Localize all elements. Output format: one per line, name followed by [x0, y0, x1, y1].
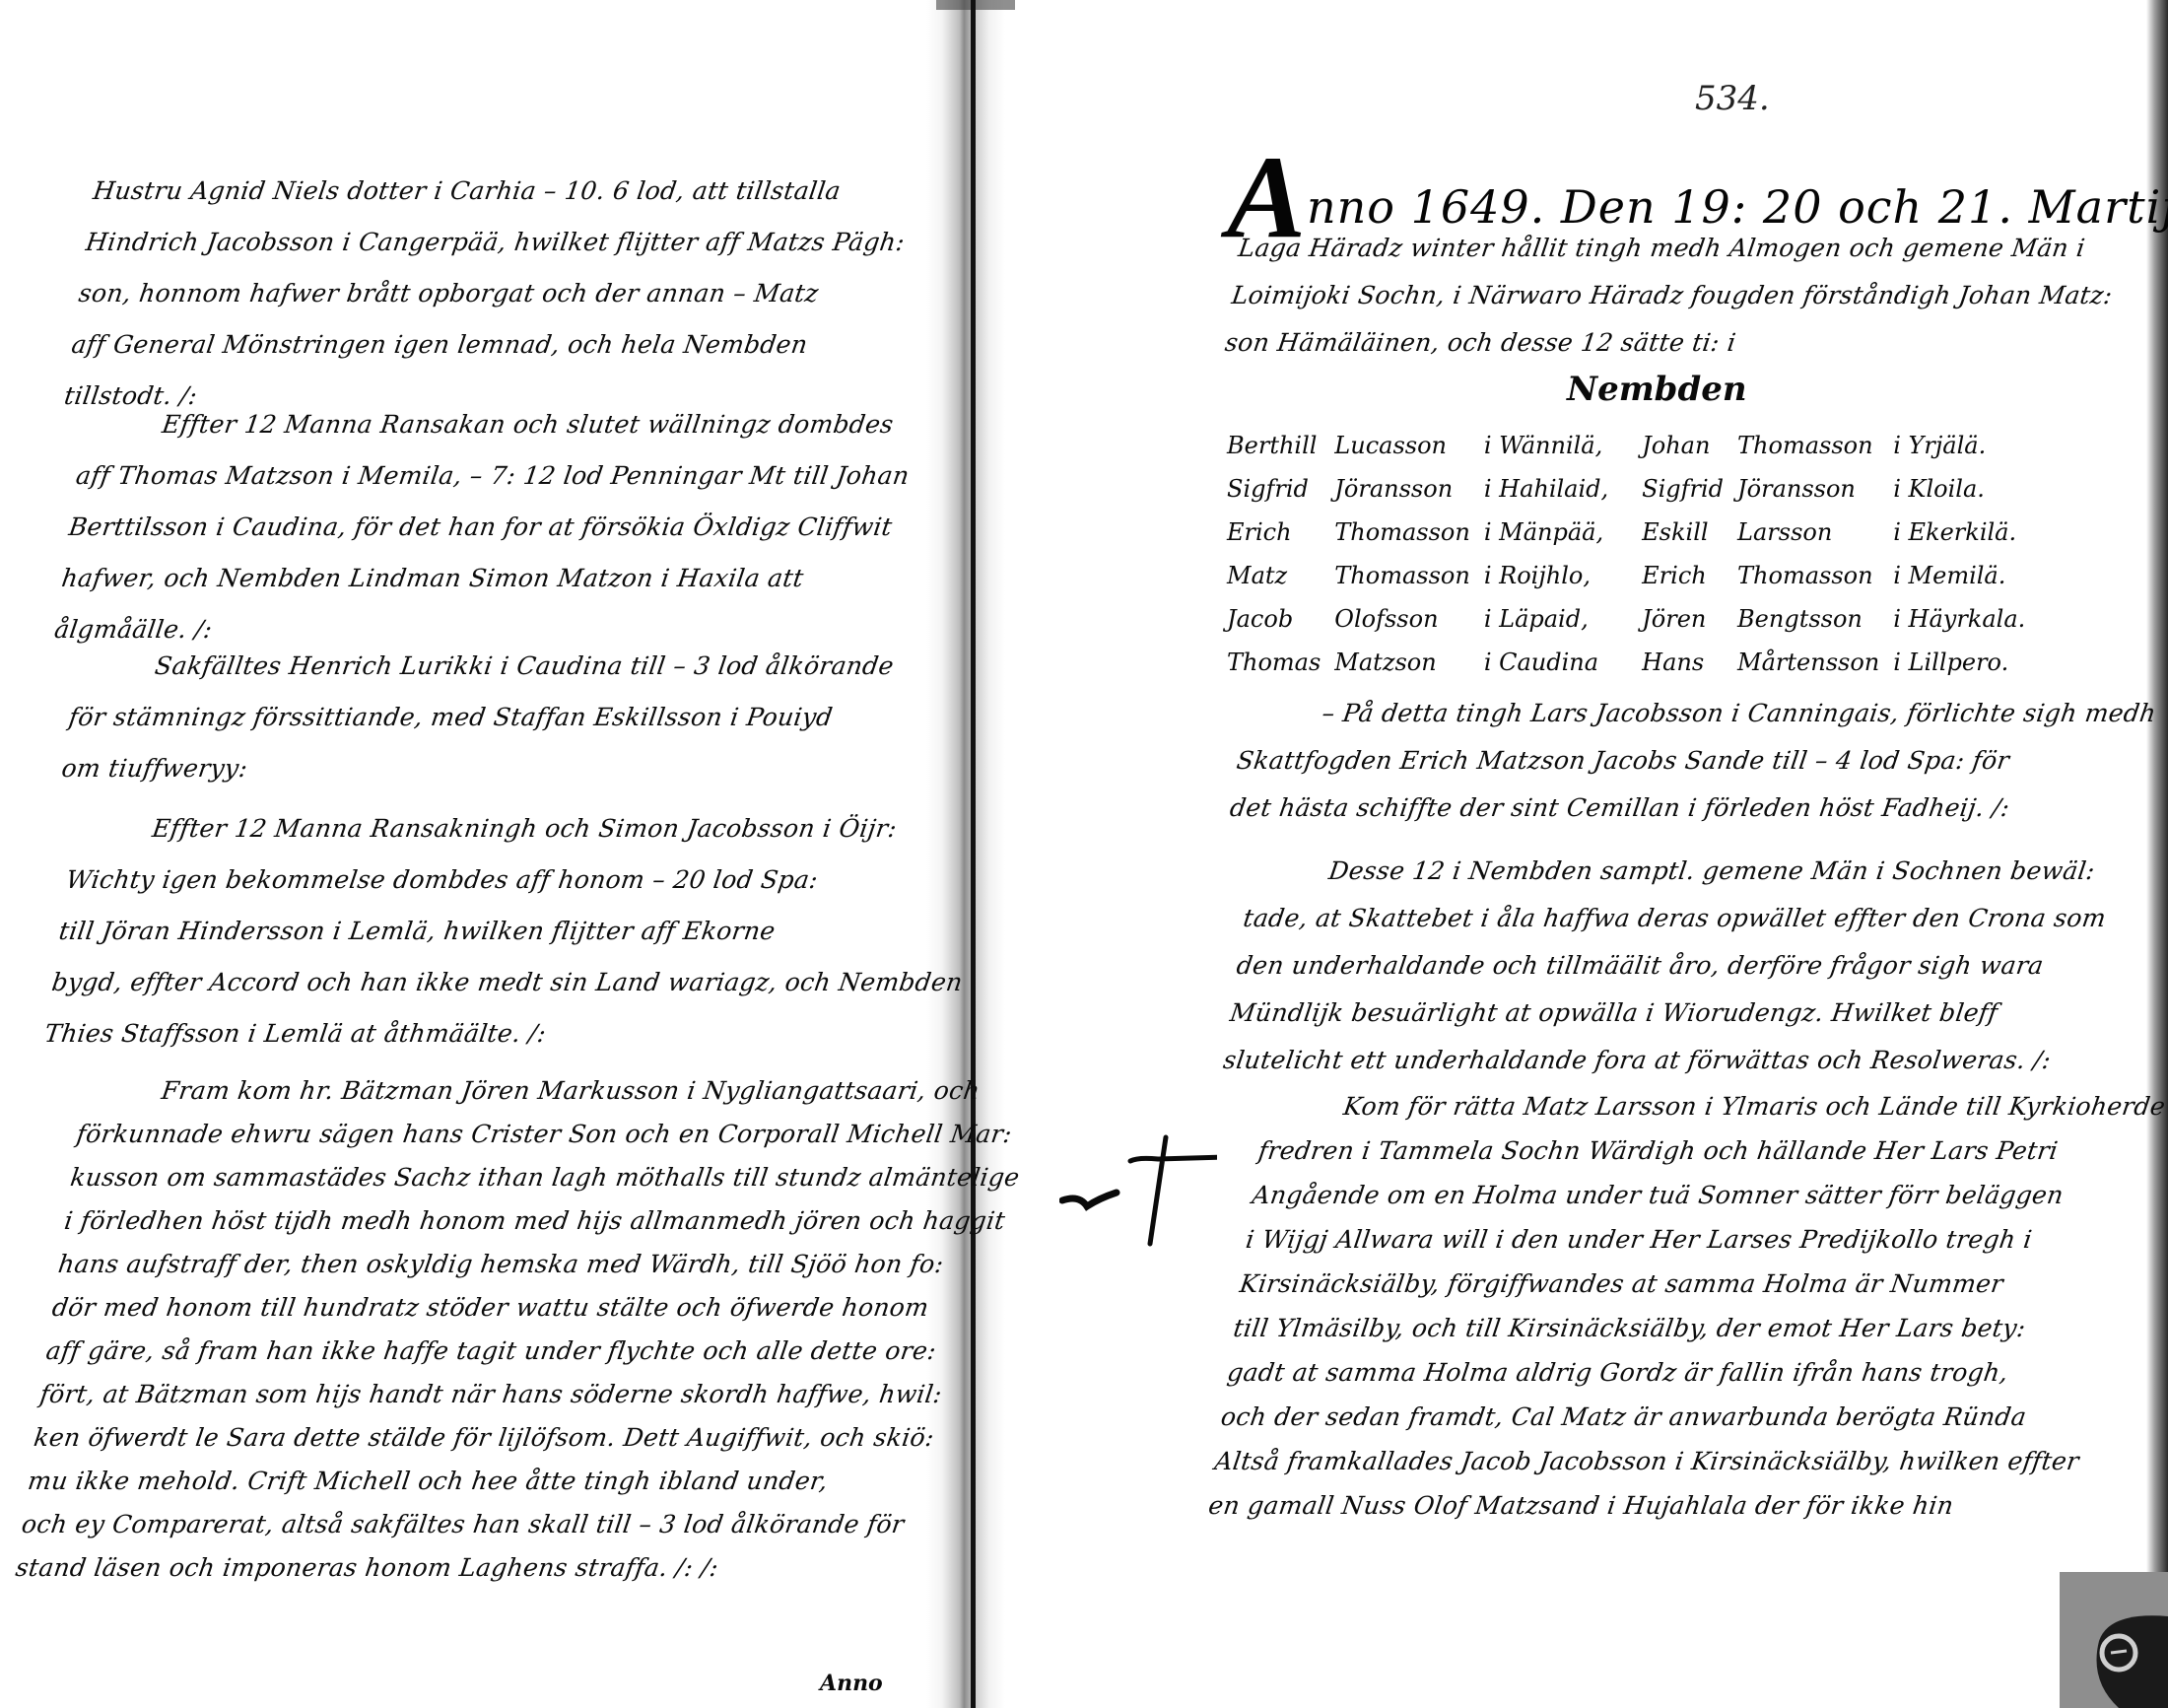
juror-first-name: Erich: [1227, 511, 1334, 554]
text-line: i Wijgj Allwara will i den under Her Lar…: [1243, 1217, 2149, 1262]
juror-first-name: Matz: [1227, 554, 1334, 597]
right-paragraph-3: Kom för rätta Matz Larsson i Ylmaris och…: [1205, 1084, 2168, 1528]
juror-surname: Thomasson: [1737, 554, 1893, 597]
nembden-row: SigfridJöranssoni Hahilaid,SigfridJörans…: [1227, 467, 2039, 511]
text-line: – På detta tingh Lars Jacobsson i Cannin…: [1240, 690, 2159, 737]
margin-check-cross-marks: [1059, 1133, 1217, 1252]
text-line: Hustru Agnid Niels dotter i Carhia – 10.…: [90, 166, 915, 217]
text-line: för stämningz förssittiande, med Staffan…: [65, 692, 890, 743]
juror-surname: Thomasson: [1334, 554, 1484, 597]
text-line: Mündlijk besuärlight at opwälla i Wiorud…: [1227, 990, 2096, 1037]
text-line: Sakfälltes Henrich Lurikki i Caudina til…: [73, 641, 898, 692]
manuscript-spread: Hustru Agnid Niels dotter i Carhia – 10.…: [0, 0, 2168, 1708]
text-line: aff General Mönstringen igen lemnad, och…: [68, 319, 894, 371]
nembden-row: ErichThomassoni Mänpää,EskillLarssoni Ek…: [1227, 511, 2039, 554]
text-line: aff Thomas Matzson i Memila, – 7: 12 lod…: [73, 450, 913, 502]
text-line: förkunnade ehwru sägen hans Crister Son …: [74, 1113, 1029, 1156]
right-paragraph-1: – På detta tingh Lars Jacobsson i Cannin…: [1227, 690, 2159, 832]
text-line: Wichty igen bekommelse dombdes aff honom…: [63, 854, 981, 906]
juror-first-name: Hans: [1622, 641, 1737, 684]
text-line: kusson om sammastädes Sachz ithan lagh m…: [68, 1156, 1023, 1199]
juror-village: i Mänpää,: [1484, 511, 1622, 554]
nembden-row: JacobOlofssoni Läpaid,JörenBengtssoni Hä…: [1227, 597, 2039, 641]
text-line: Altså framkallades Jacob Jacobsson i Kir…: [1212, 1439, 2119, 1483]
text-line: gadt at samma Holma aldrig Gordz är fall…: [1224, 1350, 2131, 1395]
juror-village: i Kloila.: [1893, 467, 2039, 511]
right-paragraph-2: Desse 12 i Nembden samptl. gemene Män i …: [1220, 848, 2116, 1084]
juror-surname: Thomasson: [1334, 511, 1484, 554]
text-line: hafwer, och Nembden Lindman Simon Matzon…: [58, 553, 898, 604]
text-line: Kirsinäcksiälby, förgiffwandes at samma …: [1237, 1262, 2143, 1306]
text-line: hans aufstraff der, then oskyldig hemska…: [55, 1243, 1010, 1286]
juror-village: i Roijhlo,: [1484, 554, 1622, 597]
juror-village: i Memilä.: [1893, 554, 2039, 597]
text-line: Angående om en Holma under tuä Somner sä…: [1250, 1173, 2156, 1217]
juror-village: i Caudina: [1484, 641, 1622, 684]
text-line: en gamall Nuss Olof Matzsand i Hujahlala…: [1205, 1483, 2112, 1528]
text-line: och ey Comparerat, altså sakfältes han s…: [19, 1503, 974, 1546]
text-line: om tiuffweryy:: [58, 743, 883, 794]
juror-surname: Lucasson: [1334, 424, 1484, 467]
juror-village: i Ekerkilä.: [1893, 511, 2039, 554]
text-line: Hindrich Jacobsson i Cangerpää, hwilket …: [83, 217, 909, 268]
juror-first-name: Johan: [1622, 424, 1737, 467]
juror-first-name: Erich: [1622, 554, 1737, 597]
text-line: det hästa schiffte der sint Cemillan i f…: [1227, 785, 2146, 832]
text-line: mu ikke mehold. Crift Michell och hee åt…: [25, 1460, 980, 1503]
juror-village: i Lillpero.: [1893, 641, 2039, 684]
nembden-jury-list: BerthillLucassoni Wännilä,JohanThomasson…: [1227, 424, 2039, 684]
text-line: slutelicht ett underhaldande fora at för…: [1220, 1037, 2089, 1084]
juror-surname: Jöransson: [1737, 467, 1893, 511]
text-line: Desse 12 i Nembden samptl. gemene Män i …: [1247, 848, 2116, 895]
text-line: Skattfogden Erich Matzson Jacobs Sande t…: [1234, 737, 2153, 785]
juror-village: i Hahilaid,: [1484, 467, 1622, 511]
text-line: bygd, effter Accord och han ikke medt si…: [48, 957, 966, 1008]
text-line: son, honnom hafwer brått opborgat och de…: [75, 268, 901, 319]
left-paragraph-1: Hustru Agnid Niels dotter i Carhia – 10.…: [61, 166, 915, 422]
juror-surname: Olofsson: [1334, 597, 1484, 641]
text-line: son Hämäläinen, och desse 12 sätte ti: i: [1222, 319, 2109, 367]
text-line: fredren i Tammela Sochn Wärdigh och häll…: [1255, 1128, 2162, 1173]
text-line: Effter 12 Manna Ransakningh och Simon Ja…: [70, 803, 987, 854]
text-line: aff gäre, så fram han ikke haffe tagit u…: [43, 1330, 998, 1373]
juror-village: i Läpaid,: [1484, 597, 1622, 641]
text-line: i förledhen höst tijdh medh honom med hi…: [61, 1199, 1016, 1243]
text-line: Berttilsson i Caudina, för det han for a…: [65, 502, 905, 553]
juror-surname: Mårtensson: [1737, 641, 1893, 684]
nembden-row: ThomasMatzsoni CaudinaHansMårtenssoni Li…: [1227, 641, 2039, 684]
text-line: Fram kom hr. Bätzman Jören Markusson i N…: [80, 1069, 1035, 1113]
juror-village: i Yrjälä.: [1893, 424, 2039, 467]
juror-surname: Bengtsson: [1737, 597, 1893, 641]
text-line: ken öfwerdt le Sara dette stälde för lij…: [31, 1416, 985, 1460]
text-line: fört, at Bätzman som hijs handt när hans…: [37, 1373, 992, 1416]
binding-clip-icon: [2060, 1572, 2168, 1708]
juror-first-name: Eskill: [1622, 511, 1737, 554]
juror-first-name: Sigfrid: [1227, 467, 1334, 511]
juror-surname: Matzson: [1334, 641, 1484, 684]
juror-first-name: Jören: [1622, 597, 1737, 641]
text-line: Laga Häradz winter hållit tingh medh Alm…: [1235, 225, 2122, 272]
right-intro: Laga Häradz winter hållit tingh medh Alm…: [1222, 225, 2123, 367]
juror-first-name: Berthill: [1227, 424, 1334, 467]
juror-village: i Häyrkala.: [1893, 597, 2039, 641]
juror-surname: Thomasson: [1737, 424, 1893, 467]
text-line: till Ylmäsilby, och till Kirsinäcksiälby…: [1231, 1306, 2137, 1350]
left-paragraph-3: Sakfälltes Henrich Lurikki i Caudina til…: [58, 641, 897, 794]
text-line: den underhaldande och tillmäälit åro, de…: [1234, 942, 2103, 990]
nembden-row: MatzThomassoni Roijhlo,ErichThomassoni M…: [1227, 554, 2039, 597]
text-line: stand läsen och imponeras honom Laghens …: [13, 1546, 968, 1590]
text-line: till Jöran Hindersson i Lemlä, hwilken f…: [55, 906, 973, 957]
folio-number: 534.: [1695, 79, 1770, 118]
text-line: Thies Staffsson i Lemlä at åthmäälte. /:: [41, 1008, 959, 1059]
text-line: och der sedan framdt, Cal Matz är anwarb…: [1218, 1395, 2125, 1439]
gutter-smudge: [936, 0, 1015, 10]
left-paragraph-2: Effter 12 Manna Ransakan och slutet wäll…: [51, 399, 920, 655]
text-line: Kom för rätta Matz Larsson i Ylmaris och…: [1261, 1084, 2168, 1128]
cross-mark-icon: [1130, 1137, 1217, 1244]
text-line: Loimijoki Sochn, i Närwaro Häradz fougde…: [1229, 272, 2116, 319]
juror-first-name: Thomas: [1227, 641, 1334, 684]
text-line: dör med honom till hundratz stöder wattu…: [49, 1286, 1004, 1330]
juror-first-name: Sigfrid: [1622, 467, 1737, 511]
juror-village: i Wännilä,: [1484, 424, 1622, 467]
juror-surname: Jöransson: [1334, 467, 1484, 511]
catchword: Anno: [820, 1671, 883, 1696]
juror-first-name: Jacob: [1227, 597, 1334, 641]
nembden-title: Nembden: [1567, 370, 1747, 409]
left-paragraph-4: Effter 12 Manna Ransakningh och Simon Ja…: [41, 803, 987, 1059]
text-line: Effter 12 Manna Ransakan och slutet wäll…: [80, 399, 919, 450]
check-mark-icon: [1062, 1193, 1117, 1206]
juror-surname: Larsson: [1737, 511, 1893, 554]
nembden-row: BerthillLucassoni Wännilä,JohanThomasson…: [1227, 424, 2039, 467]
left-paragraph-5: Fram kom hr. Bätzman Jören Markusson i N…: [13, 1069, 1035, 1590]
text-line: tade, at Skattebet i åla haffwa deras op…: [1240, 895, 2109, 942]
